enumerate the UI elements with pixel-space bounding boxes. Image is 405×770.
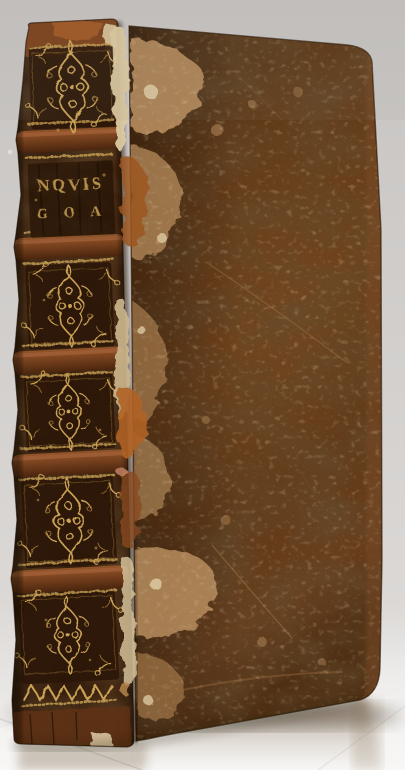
book: NQVIS G O A (5, 10, 395, 760)
vignette (0, 0, 405, 120)
book-photograph: NQVIS G O A (0, 0, 405, 770)
spine-label: NQVIS G O A (27, 160, 115, 238)
photo-canvas: NQVIS G O A (0, 0, 405, 770)
leather-chip (121, 684, 133, 696)
front-cover (120, 10, 395, 750)
background-speck (8, 150, 13, 155)
leather-chip (117, 467, 127, 477)
